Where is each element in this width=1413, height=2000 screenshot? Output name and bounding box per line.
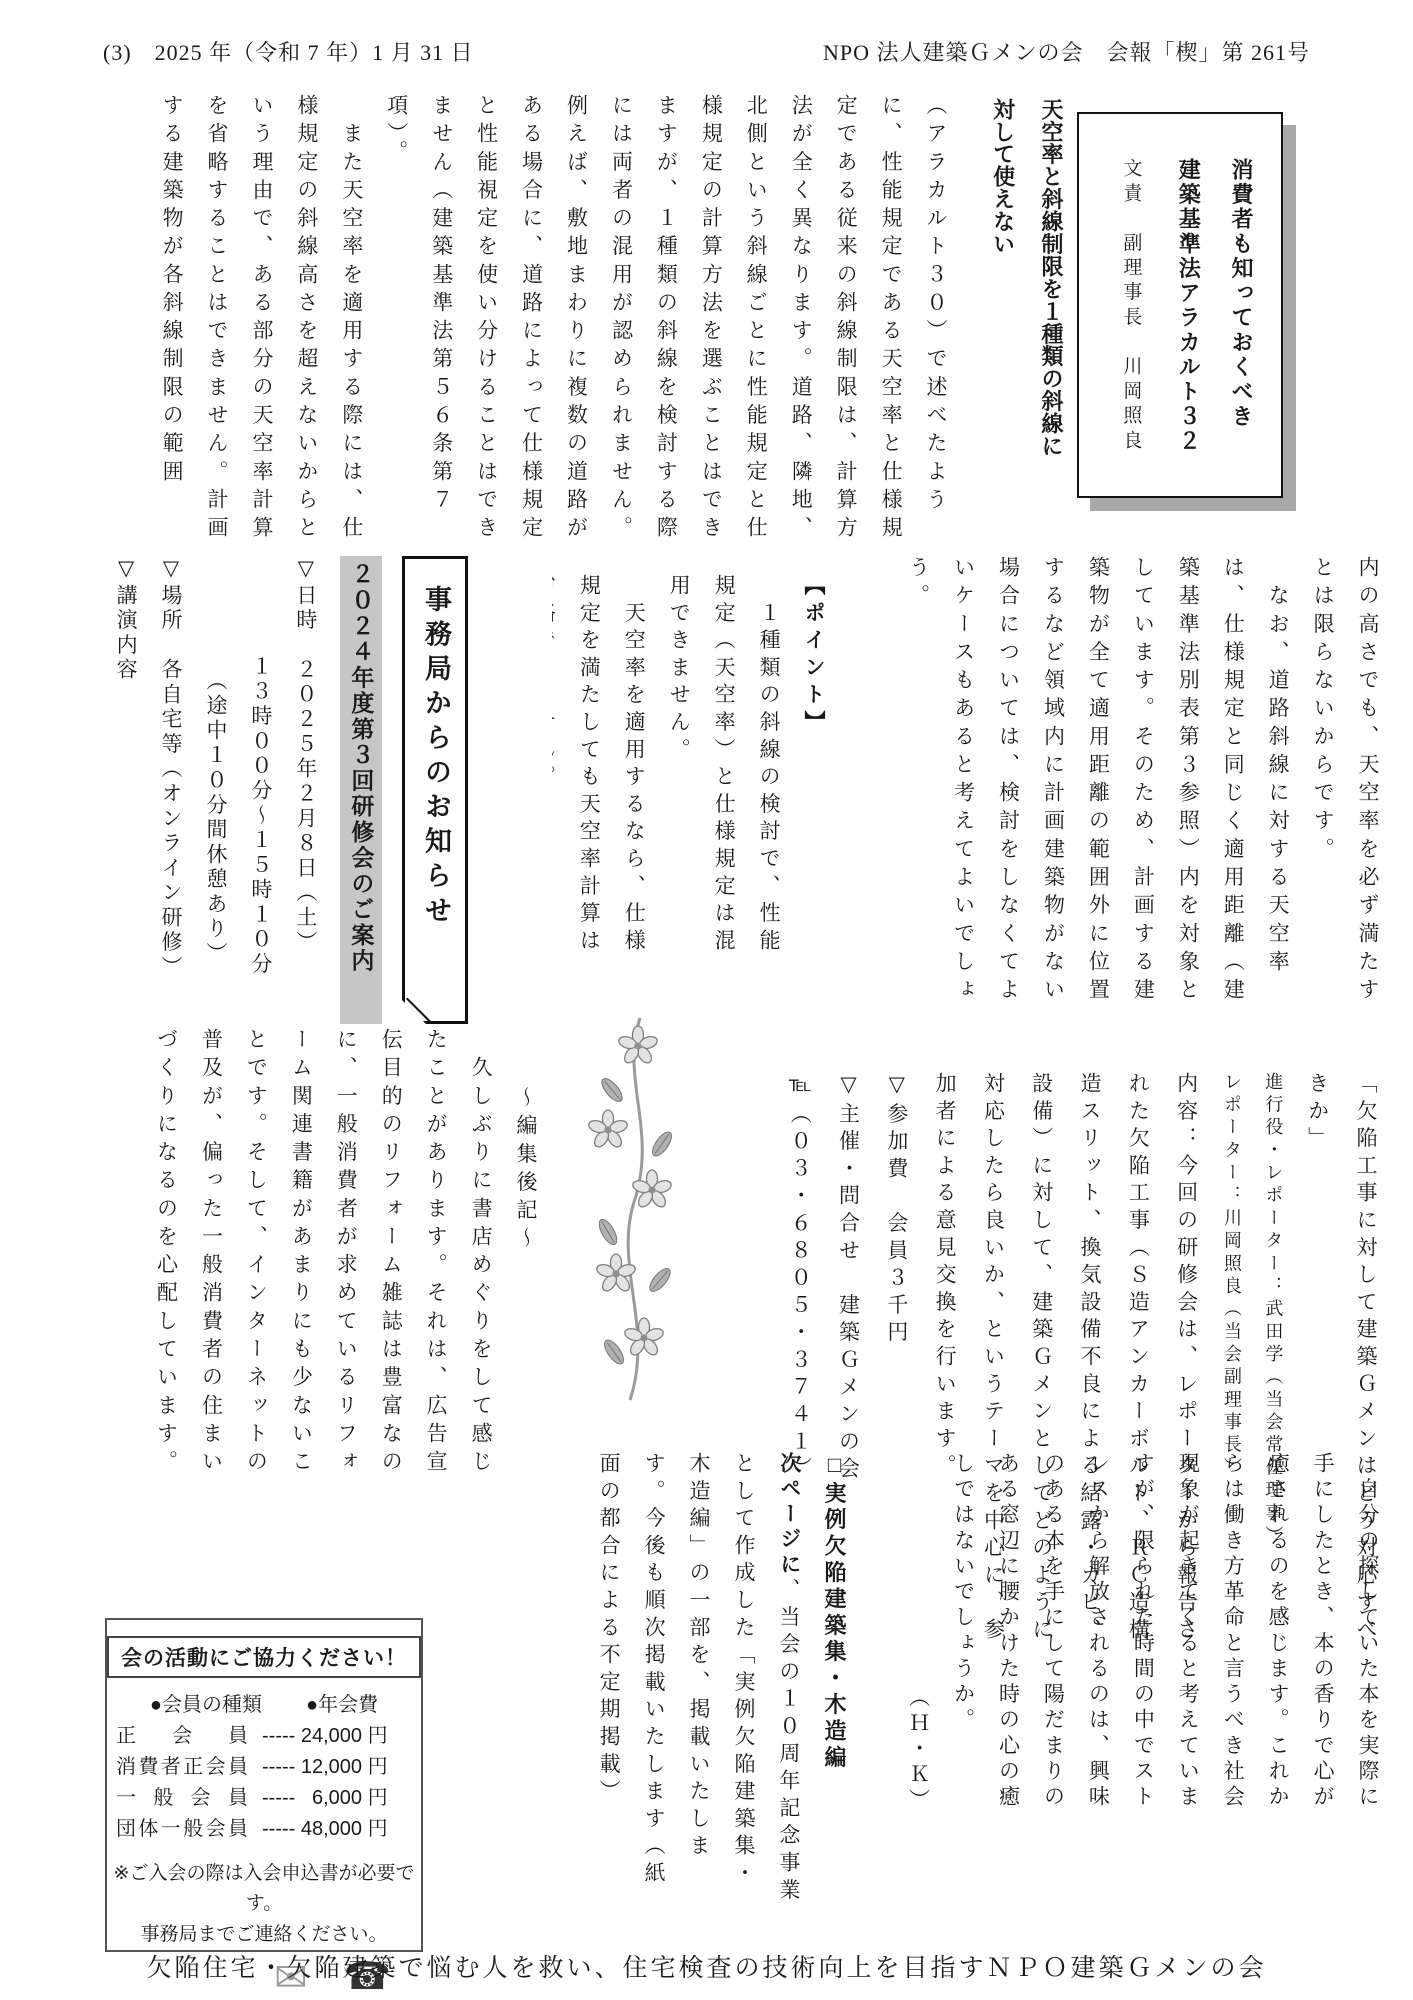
membership-fee-row: 消費者正会員 ----- 12,000 円 bbox=[107, 1752, 421, 1783]
next-page-body: 、当会の１０周年記念事業として作成した「実例欠陥建築集・木造編」の一部を、掲載い… bbox=[597, 1452, 801, 1906]
annual-fee-header: ●年会費 bbox=[306, 1688, 378, 1717]
membership-box: 会の活動にご協力ください！ ●会員の種類 ●年会費 正 会 員 ----- 24… bbox=[105, 1618, 423, 1952]
article-body-segment-1: （アラカルト３０）で述べたように、性能規定である天空率と仕様規定である従来の斜線… bbox=[112, 94, 958, 552]
article-title-box: 消費者も知っておくべき 建築基準法アラカルト３２ 文責 副理事長 川岡照良 bbox=[1077, 112, 1283, 498]
article-paragraph: なお、道路斜線に対する天空率は、仕様規定と同じく適用距離（建築基準法別表第３参照… bbox=[896, 556, 1300, 1018]
article-paragraph: また天空率を適用する際には、仕様規定の斜線高さを超えないからという理由で、ある部… bbox=[149, 94, 374, 552]
member-fee: ----- 24,000 円 bbox=[262, 1721, 412, 1752]
article-body-segment-2: 内の高さでも、天空率を必ず満たすとは限らないからです。 なお、道路斜線に対する天… bbox=[888, 556, 1390, 1018]
headline-line-1: 天空率と斜線制限を１種類の斜線に bbox=[1027, 98, 1075, 498]
editors-note: ～編集後記～ 久しぶりに書店めぐりをして感じたことがあります。それは、広告宣伝目… bbox=[100, 1028, 548, 1480]
editors-note-paragraph: 久しぶりに書店めぐりをして感じたことがあります。それは、広告宣伝目的のリフォーム… bbox=[144, 1028, 504, 1480]
membership-note: ※ご入会の際は入会申込書が必要です。 bbox=[107, 1859, 421, 1920]
membership-fee-row: 団体一般会員 ----- 48,000 円 bbox=[107, 1814, 421, 1845]
article-paragraph: （アラカルト３０）で述べたように、性能規定である天空率と仕様規定である従来の斜線… bbox=[374, 94, 958, 552]
membership-note: 事務局までご連絡ください。 bbox=[107, 1920, 421, 1950]
article-byline: 文責 副理事長 川岡照良 bbox=[1110, 158, 1152, 456]
point-paragraph: １種類の斜線の検討で、性能規定（天空率）と仕様規定は混用できません。 bbox=[656, 574, 791, 976]
office-notice-title-box: 事務局からのお知らせ bbox=[402, 556, 468, 1024]
membership-column-headers: ●会員の種類 ●年会費 bbox=[107, 1688, 421, 1717]
seminar-announcement-title: ２０２４年度第３回研修会のご案内 bbox=[340, 556, 383, 1024]
seminar-time: １３時００分～１５時１０分 bbox=[238, 556, 283, 1024]
page-footer: 欠陥住宅・欠陥建築で悩む人を救い、住宅検査の技術向上を目指すＮＰＯ建築Ｇメンの会 bbox=[0, 1948, 1413, 1984]
next-page-lead: 次ページに bbox=[778, 1452, 801, 1578]
seminar-datetime: ▽日時 ２０２５年２月８日（土） bbox=[283, 556, 328, 1024]
page-number-and-date: (3) 2025 年（令和 7 年）1 月 31 日 bbox=[103, 36, 474, 67]
seminar-contents-label: ▽講演内容 bbox=[103, 556, 148, 1024]
member-fee: ----- 12,000 円 bbox=[262, 1752, 412, 1783]
member-type: 消費者正会員 bbox=[116, 1752, 248, 1783]
membership-fee-row: 正 会 員 ----- 24,000 円 bbox=[107, 1721, 421, 1752]
membership-title: 会の活動にご協力ください！ bbox=[107, 1636, 421, 1678]
seminar-place: ▽場所 各自宅等（オンライン研修） bbox=[148, 556, 193, 1024]
member-type: 団体一般会員 bbox=[116, 1814, 248, 1845]
next-page-paragraph: 次ページに、当会の１０周年記念事業として作成した「実例欠陥建築集・木造編」の一部… bbox=[588, 1452, 811, 1914]
article-kicker: 消費者も知っておくべき bbox=[1214, 158, 1267, 456]
next-page-notice: □実例欠陥建築集・木造編 次ページに、当会の１０周年記念事業として作成した「実例… bbox=[588, 1452, 858, 1914]
article-series-title: 建築基準法アラカルト３２ bbox=[1161, 158, 1214, 456]
point-heading: 【ポイント】 bbox=[791, 574, 836, 976]
point-summary-block: 【ポイント】 １種類の斜線の検討で、性能規定（天空率）と仕様規定は混用できません… bbox=[552, 574, 836, 976]
newsletter-name: NPO 法人建築Ｇメンの会 会報「楔」第 261号 bbox=[823, 36, 1310, 67]
member-fee: ----- 6,000 円 bbox=[262, 1783, 412, 1814]
newsletter-page: (3) 2025 年（令和 7 年）1 月 31 日 NPO 法人建築Ｇメンの会… bbox=[0, 0, 1413, 2000]
page-header: (3) 2025 年（令和 7 年）1 月 31 日 NPO 法人建築Ｇメンの会… bbox=[103, 36, 1310, 67]
flower-illustration bbox=[578, 1012, 690, 1404]
point-paragraph: 天空率を適用するなら、仕様規定を満たしても天空率計算は省略できません。 bbox=[552, 574, 656, 976]
article-headline: 天空率と斜線制限を１種類の斜線に 対して使えない bbox=[963, 98, 1075, 498]
member-type-header: ●会員の種類 bbox=[150, 1688, 262, 1717]
member-fee: ----- 48,000 円 bbox=[262, 1814, 412, 1845]
seminar-break-note: （途中１０分間休憩あり） bbox=[193, 556, 238, 1024]
editors-note-title: ～編集後記～ bbox=[503, 1028, 548, 1480]
office-notice-title: 事務局からのお知らせ bbox=[421, 585, 451, 931]
next-page-heading: □実例欠陥建築集・木造編 bbox=[811, 1452, 858, 1914]
article-paragraph: 内の高さでも、天空率を必ず満たすとは限らないからです。 bbox=[1300, 556, 1390, 1018]
membership-fee-row: 一 般 会 員 ----- 6,000 円 bbox=[107, 1783, 421, 1814]
editors-note-paragraph: 自分の探していた本を実際に手にしたとき、本の香りで心が癒されるのを感じます。これ… bbox=[941, 1452, 1390, 1814]
editors-note-continued: 自分の探していた本を実際に手にしたとき、本の香りで心が癒されるのを感じます。これ… bbox=[855, 1452, 1390, 1814]
editor-initials: （Ｈ・Ｋ） bbox=[896, 1452, 941, 1814]
member-type: 一 般 会 員 bbox=[116, 1783, 248, 1814]
headline-line-2: 対して使えない bbox=[978, 98, 1026, 498]
member-type: 正 会 員 bbox=[116, 1721, 248, 1752]
office-notice-section: 事務局からのお知らせ ２０２４年度第３回研修会のご案内 ▽日時 ２０２５年２月８… bbox=[100, 556, 468, 1024]
